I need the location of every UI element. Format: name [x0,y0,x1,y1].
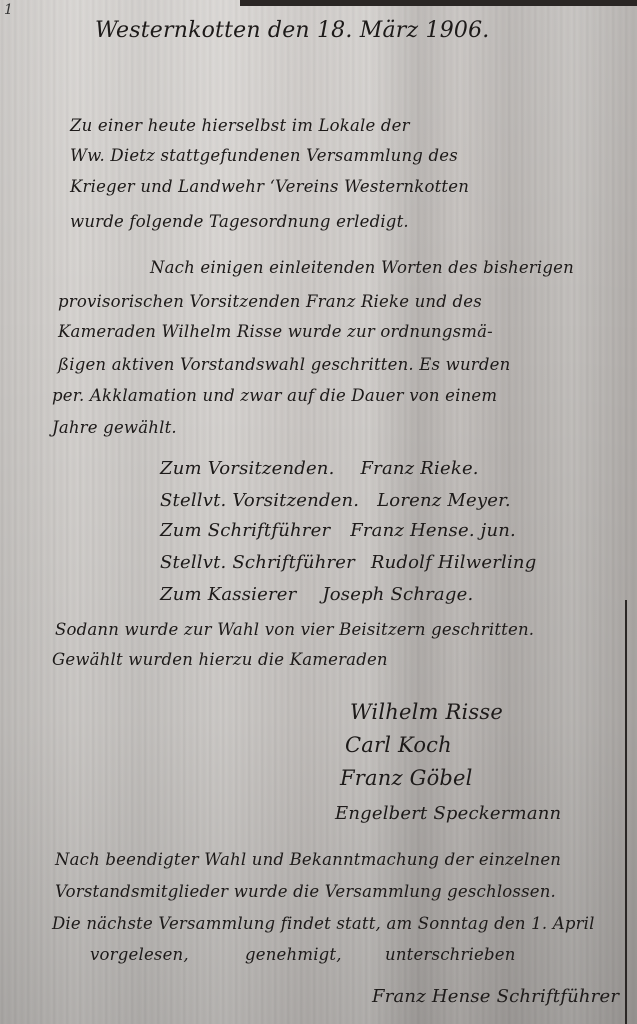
assessor-name: Engelbert Speckermann [335,803,561,824]
paragraph-4-line: Die nächste Versammlung findet statt, am… [52,914,595,933]
secretary-signature: Franz Hense Schriftführer [372,986,619,1007]
board-entry: Zum Kassierer Joseph Schrage. [160,584,473,605]
paragraph-4-line: Nach beendigter Wahl und Bekanntmachung … [55,850,561,869]
paragraph-2-line: per. Akklamation und zwar auf die Dauer … [52,386,497,405]
board-role: Zum Vorsitzenden. [160,458,335,479]
board-member-name: Franz Rieke. [360,458,478,479]
paragraph-3-line: Sodann wurde zur Wahl von vier Beisitzer… [55,620,534,639]
board-member-name: Joseph Schrage. [322,584,473,605]
closing-signed: unterschrieben [385,945,516,964]
paragraph-1-line: Ww. Dietz stattgefundenen Versammlung de… [70,146,458,165]
paragraph-2-line: ßigen aktiven Vorstandswahl geschritten.… [58,355,510,374]
board-role: Zum Kassierer [160,584,296,605]
closing-read: vorgelesen, [90,945,189,964]
paragraph-4-line: Vorstandsmitglieder wurde die Versammlun… [55,882,556,901]
board-entry: Stellvt. Vorsitzenden. Lorenz Meyer. [160,490,511,511]
board-entry: Zum Schriftführer Franz Hense. jun. [160,520,516,541]
assessor-name: Carl Koch [345,733,452,757]
paragraph-2-line: Jahre gewählt. [52,418,177,437]
paragraph-2-line: provisorischen Vorsitzenden Franz Rieke … [58,292,482,311]
paragraph-2-line: Nach einigen einleitenden Worten des bis… [150,258,574,277]
paragraph-2-line: Kameraden Wilhelm Risse wurde zur ordnun… [58,322,493,341]
handwritten-document-page: 1 Westernkotten den 18. März 1906. Zu ei… [0,0,637,1024]
paragraph-1-line: wurde folgende Tagesordnung erledigt. [70,212,409,231]
board-role: Zum Schriftführer [160,520,330,541]
paragraph-1-line: Zu einer heute hierselbst im Lokale der [70,116,410,135]
assessor-name: Wilhelm Risse [350,700,503,724]
board-member-name: Rudolf Hilwerling [371,552,537,573]
page-top-shadow-edge [240,0,637,6]
board-role: Stellvt. Schriftführer [160,552,355,573]
board-member-name: Franz Hense. jun. [350,520,516,541]
paragraph-3-line: Gewählt wurden hierzu die Kameraden [52,650,388,669]
board-member-name: Lorenz Meyer. [377,490,511,511]
board-entry: Stellvt. Schriftführer Rudolf Hilwerling [160,552,536,573]
document-heading: Westernkotten den 18. März 1906. [95,18,489,43]
assessor-name: Franz Göbel [340,766,473,790]
paragraph-1-line: Krieger und Landwehr ‘Vereins Westernkot… [70,177,469,196]
board-entry: Zum Vorsitzenden. Franz Rieke. [160,458,479,479]
page-number-mark: 1 [4,2,13,18]
right-margin-rule [625,600,627,1024]
board-role: Stellvt. Vorsitzenden. [160,490,359,511]
closing-approved: genehmigt, [245,945,342,964]
